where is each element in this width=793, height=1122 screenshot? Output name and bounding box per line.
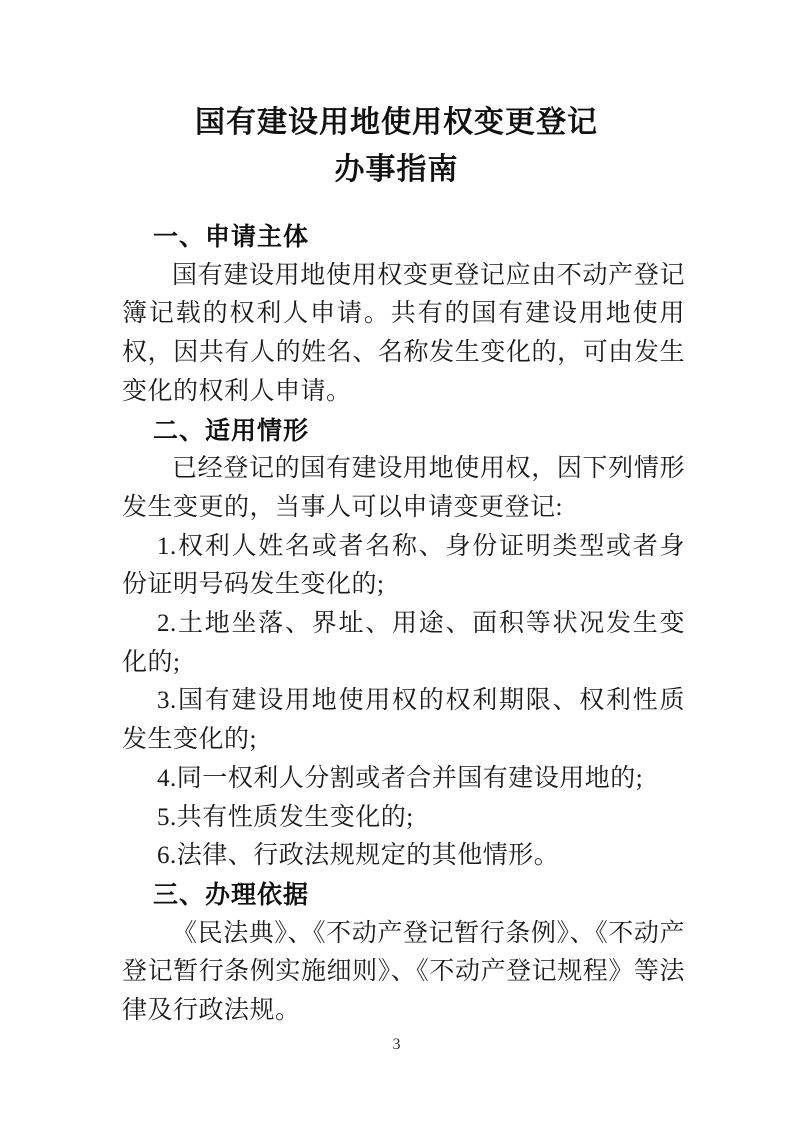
- section-heading-legal-basis: 三、办理依据: [122, 876, 685, 915]
- section-heading-applicable-situations: 二、适用情形: [122, 412, 685, 451]
- list-item-3: 3.国有建设用地使用权的权利期限、权利性质发生变化的;: [122, 682, 685, 759]
- document-title-line1: 国有建设用地使用权变更登记: [0, 99, 793, 146]
- list-item-4: 4.同一权利人分割或者合并国有建设用地的;: [122, 760, 685, 799]
- document-body: 一、申请主体 国有建设用地使用权变更登记应由不动产登记簿记载的权利人申请。共有的…: [122, 218, 685, 1031]
- list-item-1: 1.权利人姓名或者名称、身份证明类型或者身份证明号码发生变化的;: [122, 528, 685, 605]
- document-title: 国有建设用地使用权变更登记 办事指南: [0, 99, 793, 193]
- document-page: 国有建设用地使用权变更登记 办事指南 一、申请主体 国有建设用地使用权变更登记应…: [0, 0, 793, 1122]
- paragraph-application-subject: 国有建设用地使用权变更登记应由不动产登记簿记载的权利人申请。共有的国有建设用地使…: [122, 257, 685, 412]
- list-item-6: 6.法律、行政法规规定的其他情形。: [122, 837, 685, 876]
- list-item-2: 2.土地坐落、界址、用途、面积等状况发生变化的;: [122, 605, 685, 682]
- paragraph-applicable-situations-intro: 已经登记的国有建设用地使用权，因下列情形发生变更的，当事人可以申请变更登记:: [122, 450, 685, 527]
- document-title-line2: 办事指南: [0, 146, 793, 193]
- page-number: 3: [0, 1035, 793, 1055]
- paragraph-legal-basis: 《民法典》、《不动产登记暂行条例》、《不动产登记暂行条例实施细则》、《不动产登记…: [122, 915, 685, 1031]
- section-heading-application-subject: 一、申请主体: [122, 218, 685, 257]
- list-item-5: 5.共有性质发生变化的;: [122, 799, 685, 838]
